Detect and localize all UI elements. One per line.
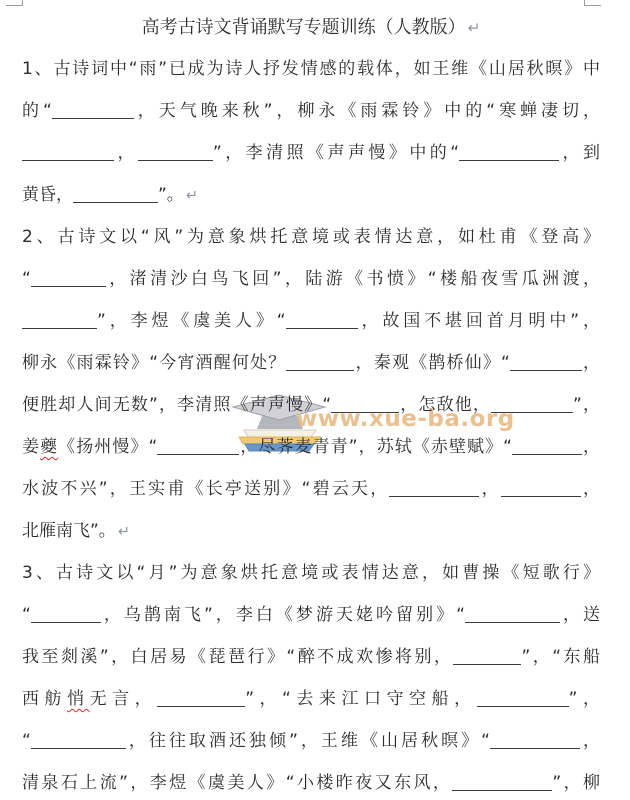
text-run: 3、古诗文以“月”为意象烘托意境或表情达意，如曹操《短歌行》 xyxy=(22,563,600,583)
text-run: ”，柳 xyxy=(552,773,600,793)
blank-underline xyxy=(157,438,239,455)
document-page: www.xue-ba.org 高考古诗文背诵默写专题训练（人教版）↵ 1、古诗词… xyxy=(0,0,630,800)
text-run: ，乌鹊南飞”，李白《梦游天姥吟留别》“ xyxy=(101,605,465,625)
text-run: ”。 xyxy=(158,185,184,205)
text-run: 便胜却人间无数”，李清照《声声慢》“ xyxy=(22,395,331,415)
blank-underline xyxy=(31,606,101,623)
blank-underline xyxy=(512,438,582,455)
text-line: 2、古诗文以“风”为意象烘托意境或表情达意，如杜甫《登高》 xyxy=(22,216,600,258)
blank-underline xyxy=(490,732,580,749)
blank-underline xyxy=(52,102,134,119)
text-line: 便胜却人间无数”，李清照《声声慢》“，怎敌他，”， xyxy=(22,384,600,426)
blank-underline xyxy=(157,690,245,707)
blank-underline xyxy=(389,480,479,497)
page-title-text: 高考古诗文背诵默写专题训练（人教版） xyxy=(142,17,466,38)
text-run: “ xyxy=(22,605,31,625)
text-run: 清泉石上流”，李煜《虞美人》“小楼昨夜又东风， xyxy=(22,773,452,793)
blank-underline xyxy=(286,312,358,329)
text-run: ，送 xyxy=(560,605,600,625)
text-run: ，天气晚来秋”，柳永《雨霖铃》中的“寒蝉凄切， xyxy=(134,101,600,121)
text-run: ，往往取酒还独倾”，王维《山居秋暝》“ xyxy=(126,731,490,751)
text-run: 夔 xyxy=(40,437,58,457)
blank-underline xyxy=(286,354,354,371)
blank-underline xyxy=(453,648,521,665)
paragraph-mark-icon: ↵ xyxy=(468,19,481,37)
text-run: ”， xyxy=(573,395,600,415)
text-run: ， xyxy=(582,437,600,457)
blank-underline xyxy=(331,396,399,413)
text-run: 2、古诗文以“风”为意象烘托意境或表情达意，如杜甫《登高》 xyxy=(22,227,600,247)
text-boundary-mark-left xyxy=(6,0,23,6)
text-line: “，往往取酒还独倾”，王维《山居秋暝》“， xyxy=(22,720,600,762)
text-run: 姜 xyxy=(22,437,40,457)
text-line: “，渚清沙白鸟飞回”，陆游《书愤》“楼船夜雪瓜洲渡， xyxy=(22,258,600,300)
text-run: ， xyxy=(580,731,600,751)
text-line: 西舫悄无言，”，“去来江口守空船，”， xyxy=(22,678,600,720)
document-content: 高考古诗文背诵默写专题训练（人教版）↵ 1、古诗词中“雨”已成为诗人抒发情感的载… xyxy=(22,8,600,800)
text-run: ，怎敌他， xyxy=(399,395,491,415)
blank-underline xyxy=(501,480,581,497)
text-run: 1、古诗词中“雨”已成为诗人抒发情感的载体，如王维《山居秋暝》中 xyxy=(22,59,600,79)
text-run: 黄昏， xyxy=(22,185,73,205)
text-run: ”，“去来江口守空船， xyxy=(245,689,476,709)
text-run: 我至剡溪”，白居易《琵琶行》“醉不成欢惨将别， xyxy=(22,647,453,667)
text-run: 的“ xyxy=(22,101,52,121)
blank-underline xyxy=(22,312,97,329)
text-run: 水波不兴”，王实甫《长亭送别》“碧云天， xyxy=(22,479,389,499)
blank-underline xyxy=(510,354,582,371)
document-lines: 1、古诗词中“雨”已成为诗人抒发情感的载体，如王维《山居秋暝》中的“，天气晚来秋… xyxy=(22,48,600,800)
text-run: 北雁南飞”。 xyxy=(22,521,116,541)
text-run: 悄 xyxy=(67,689,90,709)
blank-underline xyxy=(465,606,560,623)
text-run: ”，李煜《虞美人》“ xyxy=(97,311,286,331)
text-run: ”，李清照《声声慢》中的“ xyxy=(213,143,459,163)
text-line: ，”，李清照《声声慢》中的“，到 xyxy=(22,132,600,174)
blank-underline xyxy=(73,186,158,203)
text-run: 无言， xyxy=(90,689,158,709)
blank-underline xyxy=(459,144,559,161)
text-run: ，渚清沙白鸟飞回”，陆游《书愤》“楼船夜雪瓜洲渡， xyxy=(106,269,600,289)
text-line: 姜夔《扬州慢》“，尽荠麦青青”，苏轼《赤壁赋》“， xyxy=(22,426,600,468)
blank-underline xyxy=(452,774,552,791)
text-run: ， xyxy=(581,479,600,499)
text-line: “，乌鹊南飞”，李白《梦游天姥吟留别》“，送 xyxy=(22,594,600,636)
text-line: 清泉石上流”，李煜《虞美人》“小楼昨夜又东风，”，柳 xyxy=(22,762,600,800)
text-run: ， xyxy=(582,353,600,373)
blank-underline xyxy=(491,396,573,413)
blank-underline xyxy=(31,732,126,749)
text-run: ，尽荠麦青青”，苏轼《赤壁赋》“ xyxy=(239,437,512,457)
text-line: 1、古诗词中“雨”已成为诗人抒发情感的载体，如王维《山居秋暝》中 xyxy=(22,48,600,90)
text-run: ，到 xyxy=(559,143,600,163)
text-run: ”，“东船 xyxy=(521,647,600,667)
text-run: “ xyxy=(22,731,31,751)
text-line: 柳永《雨霖铃》“今宵酒醒何处？，秦观《鹊桥仙》“， xyxy=(22,342,600,384)
text-run: 西舫 xyxy=(22,689,67,709)
text-run: ， xyxy=(114,143,138,163)
text-line: 黄昏，”。↵ xyxy=(22,174,600,216)
text-line: 3、古诗文以“月”为意象烘托意境或表情达意，如曹操《短歌行》 xyxy=(22,552,600,594)
text-line: 的“，天气晚来秋”，柳永《雨霖铃》中的“寒蝉凄切， xyxy=(22,90,600,132)
paragraph-mark-icon: ↵ xyxy=(118,524,130,540)
text-line: 我至剡溪”，白居易《琵琶行》“醉不成欢惨将别，”，“东船 xyxy=(22,636,600,678)
text-line: 北雁南飞”。↵ xyxy=(22,510,600,552)
paragraph-mark-icon: ↵ xyxy=(186,188,198,204)
blank-underline xyxy=(477,690,569,707)
text-line: ”，李煜《虞美人》“，故国不堪回首月明中”， xyxy=(22,300,600,342)
text-run: “ xyxy=(22,269,31,289)
blank-underline xyxy=(22,144,114,161)
blank-underline xyxy=(138,144,213,161)
blank-underline xyxy=(31,270,106,287)
text-run: ，秦观《鹊桥仙》“ xyxy=(354,353,509,373)
text-run: ，故国不堪回首月明中”， xyxy=(358,311,600,331)
text-boundary-mark-right xyxy=(584,0,601,6)
text-run: ”， xyxy=(569,689,600,709)
text-run: ， xyxy=(479,479,500,499)
page-title: 高考古诗文背诵默写专题训练（人教版）↵ xyxy=(22,8,600,48)
text-run: 柳永《雨霖铃》“今宵酒醒何处？ xyxy=(22,353,286,373)
text-line: 水波不兴”，王实甫《长亭送别》“碧云天，，， xyxy=(22,468,600,510)
text-run: 《扬州慢》“ xyxy=(58,437,157,457)
